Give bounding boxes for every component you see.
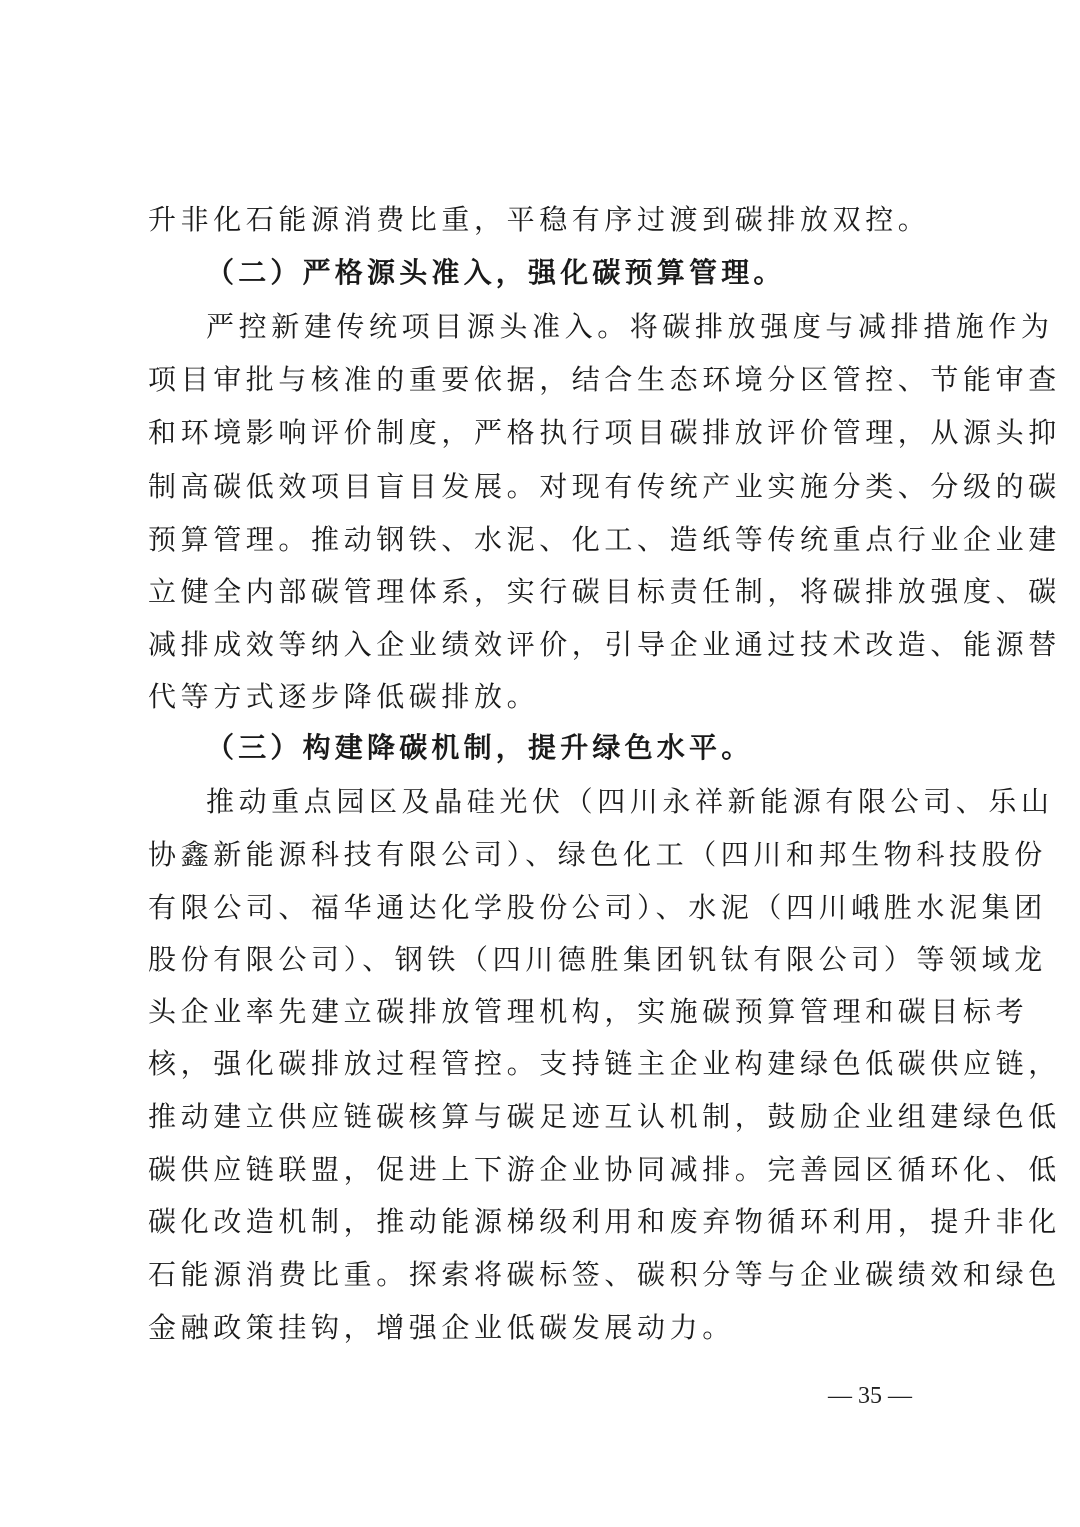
paragraph-line: 核，强化碳排放过程管控。支持链主企业构建绿色低碳供应链， xyxy=(148,1044,948,1084)
paragraph-line: 推动重点园区及晶硅光伏（四川永祥新能源有限公司、乐山 xyxy=(206,782,1006,822)
paragraph-line: 代等方式逐步降低碳排放。 xyxy=(148,677,948,717)
paragraph-line: 有限公司、福华通达化学股份公司）、水泥（四川峨胜水泥集团 xyxy=(148,888,948,928)
paragraph-line: 制高碳低效项目盲目发展。对现有传统产业实施分类、分级的碳 xyxy=(148,467,948,507)
paragraph-line: 升非化石能源消费比重，平稳有序过渡到碳排放双控。 xyxy=(148,200,948,240)
paragraph-line: 项目审批与核准的重要依据，结合生态环境分区管控、节能审查 xyxy=(148,360,948,400)
paragraph-line: 和环境影响评价制度，严格执行项目碳排放评价管理，从源头抑 xyxy=(148,413,948,453)
paragraph-line: 协鑫新能源科技有限公司）、绿色化工（四川和邦生物科技股份 xyxy=(148,835,948,875)
section-heading-2: （二）严格源头准入，强化碳预算管理。 xyxy=(206,253,1006,293)
paragraph-line: 推动建立供应链碳核算与碳足迹互认机制，鼓励企业组建绿色低 xyxy=(148,1097,948,1137)
section-heading-3: （三）构建降碳机制，提升绿色水平。 xyxy=(206,728,1006,768)
paragraph-line: 严控新建传统项目源头准入。将碳排放强度与减排措施作为 xyxy=(206,307,1006,347)
paragraph-line: 减排成效等纳入企业绩效评价，引导企业通过技术改造、能源替 xyxy=(148,625,948,665)
paragraph-line: 立健全内部碳管理体系，实行碳目标责任制，将碳排放强度、碳 xyxy=(148,572,948,612)
paragraph-line: 石能源消费比重。探索将碳标签、碳积分等与企业碳绩效和绿色 xyxy=(148,1255,948,1295)
page-number: — 35 — xyxy=(820,1378,920,1414)
paragraph-line: 头企业率先建立碳排放管理机构，实施碳预算管理和碳目标考 xyxy=(148,992,948,1032)
paragraph-line: 股份有限公司）、钢铁（四川德胜集团钒钛有限公司）等领域龙 xyxy=(148,940,948,980)
paragraph-line: 金融政策挂钩，增强企业低碳发展动力。 xyxy=(148,1308,948,1348)
paragraph-line: 碳供应链联盟，促进上下游企业协同减排。完善园区循环化、低 xyxy=(148,1150,948,1190)
paragraph-line: 预算管理。推动钢铁、水泥、化工、造纸等传统重点行业企业建 xyxy=(148,520,948,560)
document-page: 升非化石能源消费比重，平稳有序过渡到碳排放双控。 （二）严格源头准入，强化碳预算… xyxy=(0,0,1080,1527)
paragraph-line: 碳化改造机制，推动能源梯级利用和废弃物循环利用，提升非化 xyxy=(148,1202,948,1242)
